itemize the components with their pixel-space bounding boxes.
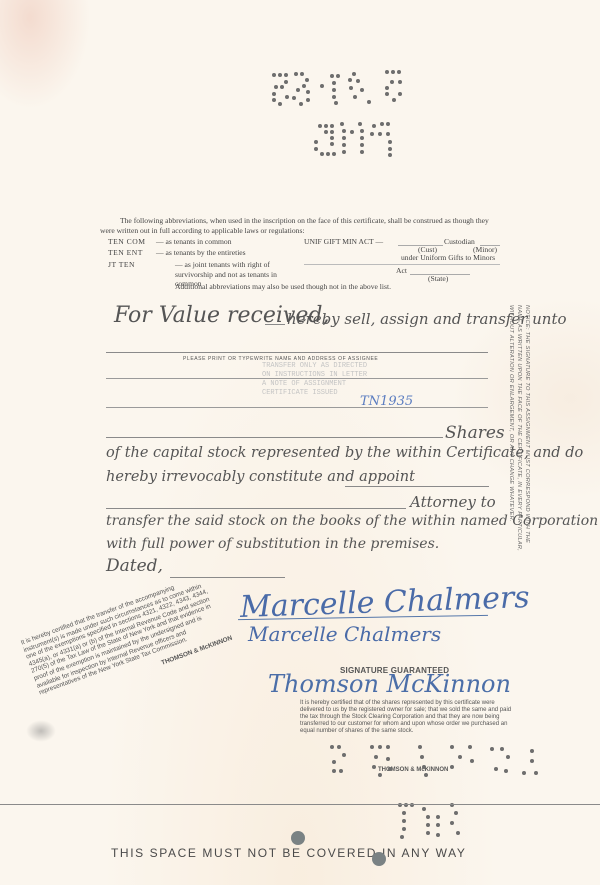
state-caption: (State) [428,274,448,284]
abbr-key: TEN ENT [108,248,156,257]
handwritten-reference: TN1935 [360,394,413,409]
substitution-text: with full power of substitution in the p… [106,536,439,552]
punch-hole [291,831,305,845]
tax-exemption-stamp: It is hereby certified that the transfer… [20,572,233,710]
typed-line: A NOTE OF ASSIGNMENT [262,380,412,389]
irrevocably-text: hereby irrevocably constitute and appoin… [106,469,415,485]
perforated-paid-stamp [314,120,404,158]
abbreviations-footer: Additional abbreviations may also be use… [175,282,391,292]
typed-line: TRANSFER ONLY AS DIRECTED [262,362,412,371]
abbr-key: JT TEN [108,260,156,269]
dated-label: Dated, [106,556,163,576]
typed-text-block: TRANSFER ONLY AS DIRECTED ON INSTRUCTION… [262,362,412,398]
bottom-notice: THIS SPACE MUST NOT BE COVERED IN ANY WA… [111,846,466,860]
stamp-ink-smudge [26,720,56,742]
perforated-date-stamp [272,70,412,110]
attorney-label: Attorney to [410,493,496,511]
abbr-meaning: — as tenants in common [156,237,232,246]
signature-notice: NOTICE: THE SIGNATURE TO THIS ASSIGNMENT… [495,305,531,555]
abbr-row-ten-ent: TEN ENT— as tenants by the entireties [108,248,246,257]
signature-2: Marcelle Chalmers [248,622,441,646]
attorney-name-line-2[interactable] [106,508,406,509]
abbr-key: TEN COM [108,237,156,246]
state-field-line-1[interactable] [304,264,500,265]
uniform-gifts-caption: under Uniform Gifts to Minors [401,253,495,263]
abbr-meaning: — as tenants by the entireties [156,248,246,257]
guarantor-signature: Thomson McKinnon [268,670,511,698]
bottom-divider [0,804,600,805]
seller-blank-line[interactable] [265,324,285,325]
custodian-label: Custodian [444,237,475,247]
unif-gift-label: UNIF GIFT MIN ACT — [304,237,383,247]
act-label: Act [396,266,407,276]
guarantee-body: It is hereby certified that of the share… [300,700,515,735]
shares-amount-line[interactable] [106,437,443,438]
assignee-line-3[interactable] [106,407,488,408]
assignee-line-1[interactable] [106,352,488,353]
punch-hole [372,852,386,866]
attorney-name-line-1[interactable] [345,486,489,487]
assignee-line-2[interactable] [106,378,488,379]
abbreviations-intro: The following abbreviations, when used i… [100,216,500,235]
abbr-row-ten-com: TEN COM— as tenants in common [108,237,232,246]
abbr-row-jt-ten: JT TEN [108,260,156,269]
perforated-paid-bottom [330,745,580,845]
